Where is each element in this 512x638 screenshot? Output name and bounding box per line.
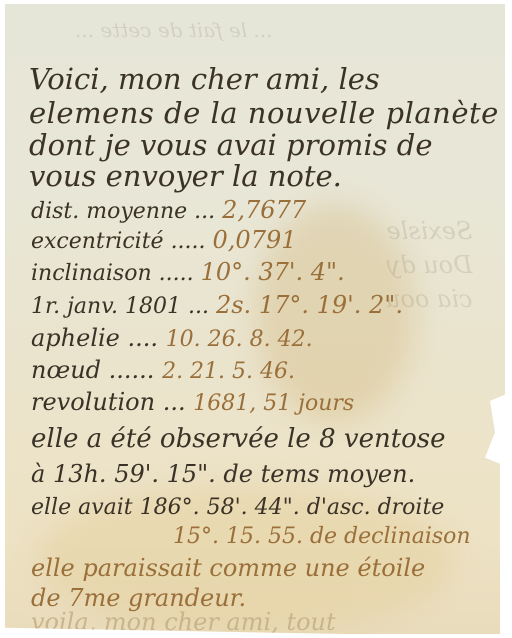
element-label: revolution: [31, 388, 155, 416]
element-row: 1r. janv. 1801 ... 2s. 17°. 19'. 2".: [31, 291, 403, 319]
element-label: dist. moyenne: [31, 199, 187, 224]
observation-line-4: 15°. 15. 55. de declinaison: [173, 524, 471, 549]
element-row: dist. moyenne ... 2,7677: [31, 196, 306, 224]
element-label: 1r. janv. 1801: [31, 294, 181, 319]
element-label: inclinaison: [31, 261, 152, 286]
element-value: 2s. 17°. 19'. 2".: [216, 291, 403, 319]
element-label: aphelie: [31, 324, 120, 352]
observation-line-1: elle a été observée le 8 ventose: [31, 424, 446, 454]
observation-line-2: à 13h. 59'. 15". de tems moyen.: [31, 460, 415, 488]
element-value: 0,0791: [213, 226, 297, 254]
element-label: nœud: [31, 356, 101, 384]
observation-line-5: elle paraissait comme une étoile: [31, 554, 425, 582]
element-value: 2,7677: [222, 196, 306, 224]
element-row: inclinaison ..... 10°. 37'. 4".: [31, 258, 345, 286]
bleed-through-text: ... le fait de cette ...: [75, 18, 273, 42]
element-row: nœud ...... 2. 21. 5. 46.: [31, 356, 295, 384]
element-row: aphelie .... 10. 26. 8. 42.: [31, 324, 313, 352]
element-value: 10. 26. 8. 42.: [166, 327, 313, 352]
intro-line-2: elemens de la nouvelle planète: [29, 96, 499, 130]
element-row: revolution ... 1681, 51 jours: [31, 388, 354, 416]
element-row: excentricité ..... 0,0791: [31, 226, 297, 254]
intro-line-4: vous envoyer la note.: [29, 159, 342, 193]
element-value: 1681, 51 jours: [193, 391, 354, 416]
element-label: excentricité: [31, 229, 164, 254]
intro-line-3: dont je vous avai promis de: [29, 128, 433, 162]
intro-line-1: Voici, mon cher ami, les: [29, 62, 380, 96]
observation-line-7: voila, mon cher ami, tout: [31, 608, 336, 636]
element-value: 2. 21. 5. 46.: [162, 359, 295, 384]
element-value: 10°. 37'. 4".: [201, 258, 345, 286]
letter-page: ... le fait de cette ... SexisleDou dyci…: [5, 4, 505, 634]
observation-line-3: elle avait 186°. 58'. 44". d'asc. droite: [31, 495, 444, 520]
